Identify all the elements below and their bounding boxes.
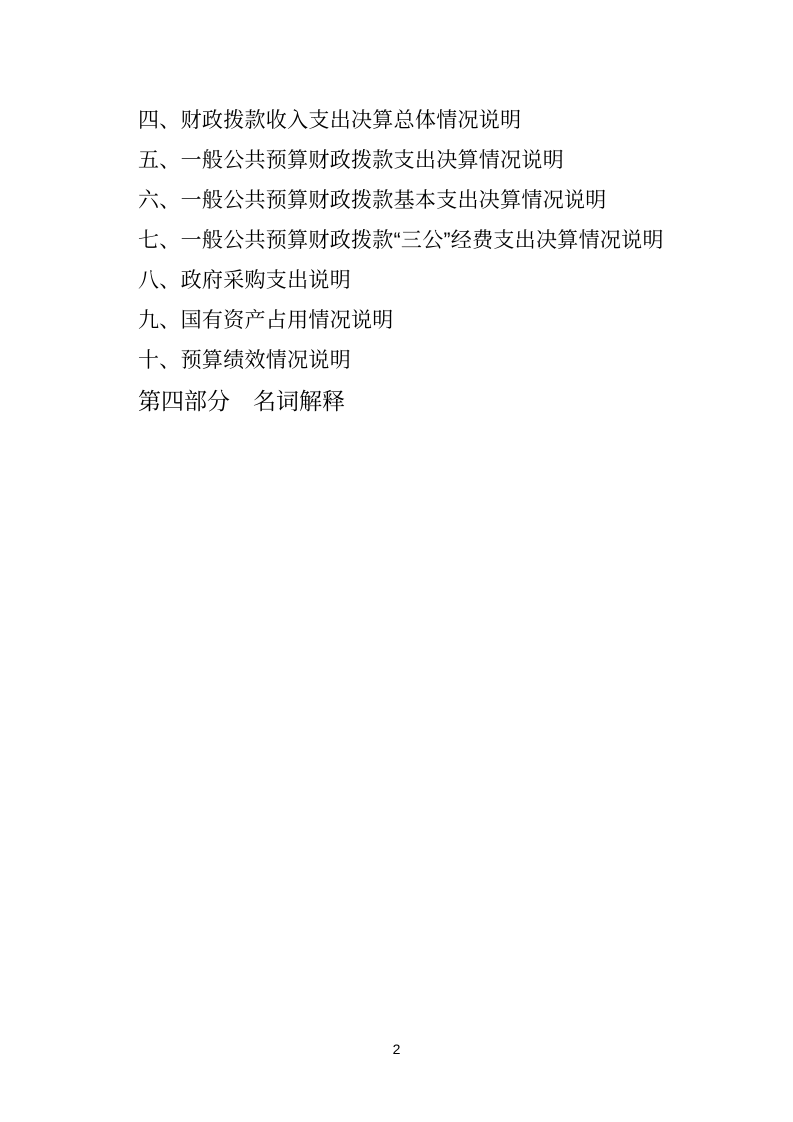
document-page: 四、财政拨款收入支出决算总体情况说明 五、一般公共预算财政拨款支出决算情况说明 …: [0, 0, 793, 1122]
section-heading: 第四部分 名词解释: [103, 381, 680, 421]
toc-item: 十、预算绩效情况说明: [103, 341, 680, 381]
toc-item: 五、一般公共预算财政拨款支出决算情况说明: [103, 141, 680, 181]
page-number: 2: [0, 1040, 793, 1058]
toc-item: 六、一般公共预算财政拨款基本支出决算情况说明: [103, 181, 680, 221]
toc-item: 七、一般公共预算财政拨款“三公”经费支出决算情况说明: [103, 221, 680, 261]
toc-content: 四、财政拨款收入支出决算总体情况说明 五、一般公共预算财政拨款支出决算情况说明 …: [103, 101, 680, 421]
toc-item: 八、政府采购支出说明: [103, 261, 680, 301]
toc-item: 九、国有资产占用情况说明: [103, 301, 680, 341]
toc-item: 四、财政拨款收入支出决算总体情况说明: [103, 101, 680, 141]
